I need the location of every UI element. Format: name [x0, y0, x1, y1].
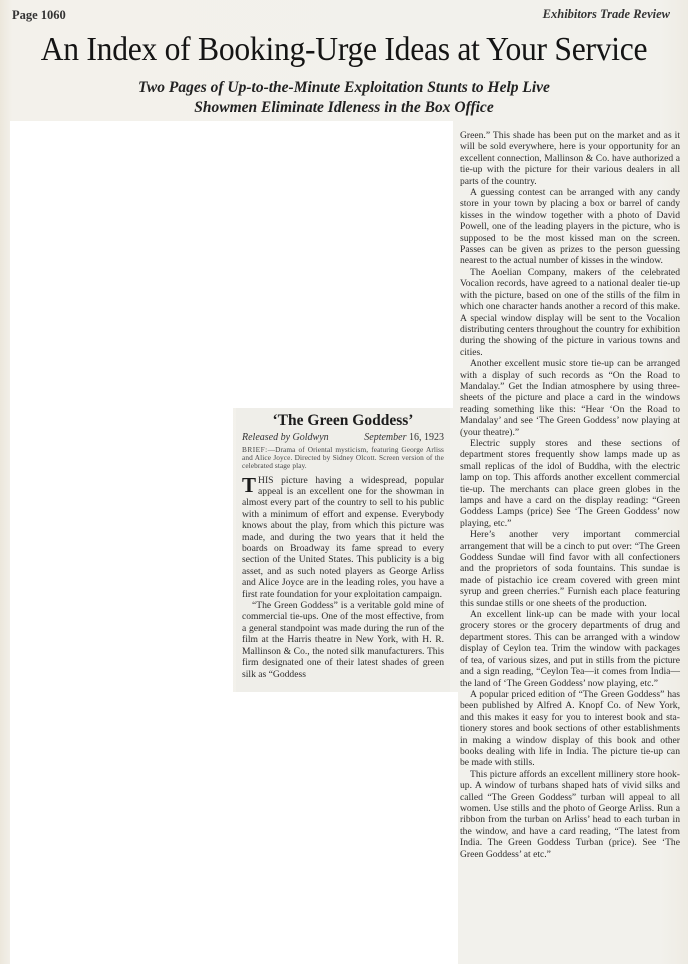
brief-text: —Drama of Oriental mysticism, featuring …	[242, 445, 444, 470]
article-left-column: ‘The Green Goddess’ Released by Goldwyn …	[236, 408, 450, 692]
subhead-line-1: Two Pages of Up-to-the-Minute Exploitati…	[0, 78, 688, 98]
page-number: Page 1060	[12, 8, 66, 23]
paragraph: THIS picture having a widespread, popu­l…	[242, 475, 444, 600]
release-info: Released by Goldwyn September 16, 1923	[242, 432, 444, 443]
brief-synopsis: BRIEF:—Drama of Oriental mysticism, feat…	[242, 446, 444, 471]
blank-region-middle	[10, 408, 233, 698]
right-body: Green.” This shade has been put on the m…	[460, 130, 680, 860]
drop-cap: T	[242, 476, 256, 494]
blank-region-bottom	[10, 692, 458, 964]
film-title: ‘The Green Goddess’	[238, 412, 448, 430]
distributor: Released by Goldwyn	[242, 432, 329, 443]
paragraph: A guessing contest can be arranged with …	[460, 187, 680, 267]
paragraph: Here’s another very important commer­cia…	[460, 529, 680, 609]
paragraph: Green.” This shade has been put on the m…	[460, 130, 680, 187]
blank-region-top	[10, 121, 453, 408]
paragraph: Another excellent music store tie-up can…	[460, 358, 680, 438]
subhead: Two Pages of Up-to-the-Minute Exploitati…	[0, 78, 688, 118]
left-body: THIS picture having a widespread, popu­l…	[242, 475, 444, 680]
paragraph: An excellent link-up can be made with yo…	[460, 609, 680, 689]
subhead-line-2: Showmen Eliminate Idleness in the Box Of…	[0, 98, 688, 118]
paragraph: Electric supply stores and these section…	[460, 438, 680, 529]
paragraph: “The Green Goddess” is a veritable gold …	[242, 600, 444, 680]
paragraph: This picture affords an excellent milli­…	[460, 769, 680, 860]
release-date: September 16, 1923	[364, 432, 444, 443]
publication-name: Exhibitors Trade Review	[543, 7, 670, 22]
paragraph: A popular priced edition of “The Green G…	[460, 689, 680, 769]
headline: An Index of Booking-Urge Ideas at Your S…	[24, 30, 664, 70]
paragraph: The Aoelian Company, makers of the cele­…	[460, 267, 680, 358]
article-right-column: Green.” This shade has been put on the m…	[460, 130, 680, 860]
